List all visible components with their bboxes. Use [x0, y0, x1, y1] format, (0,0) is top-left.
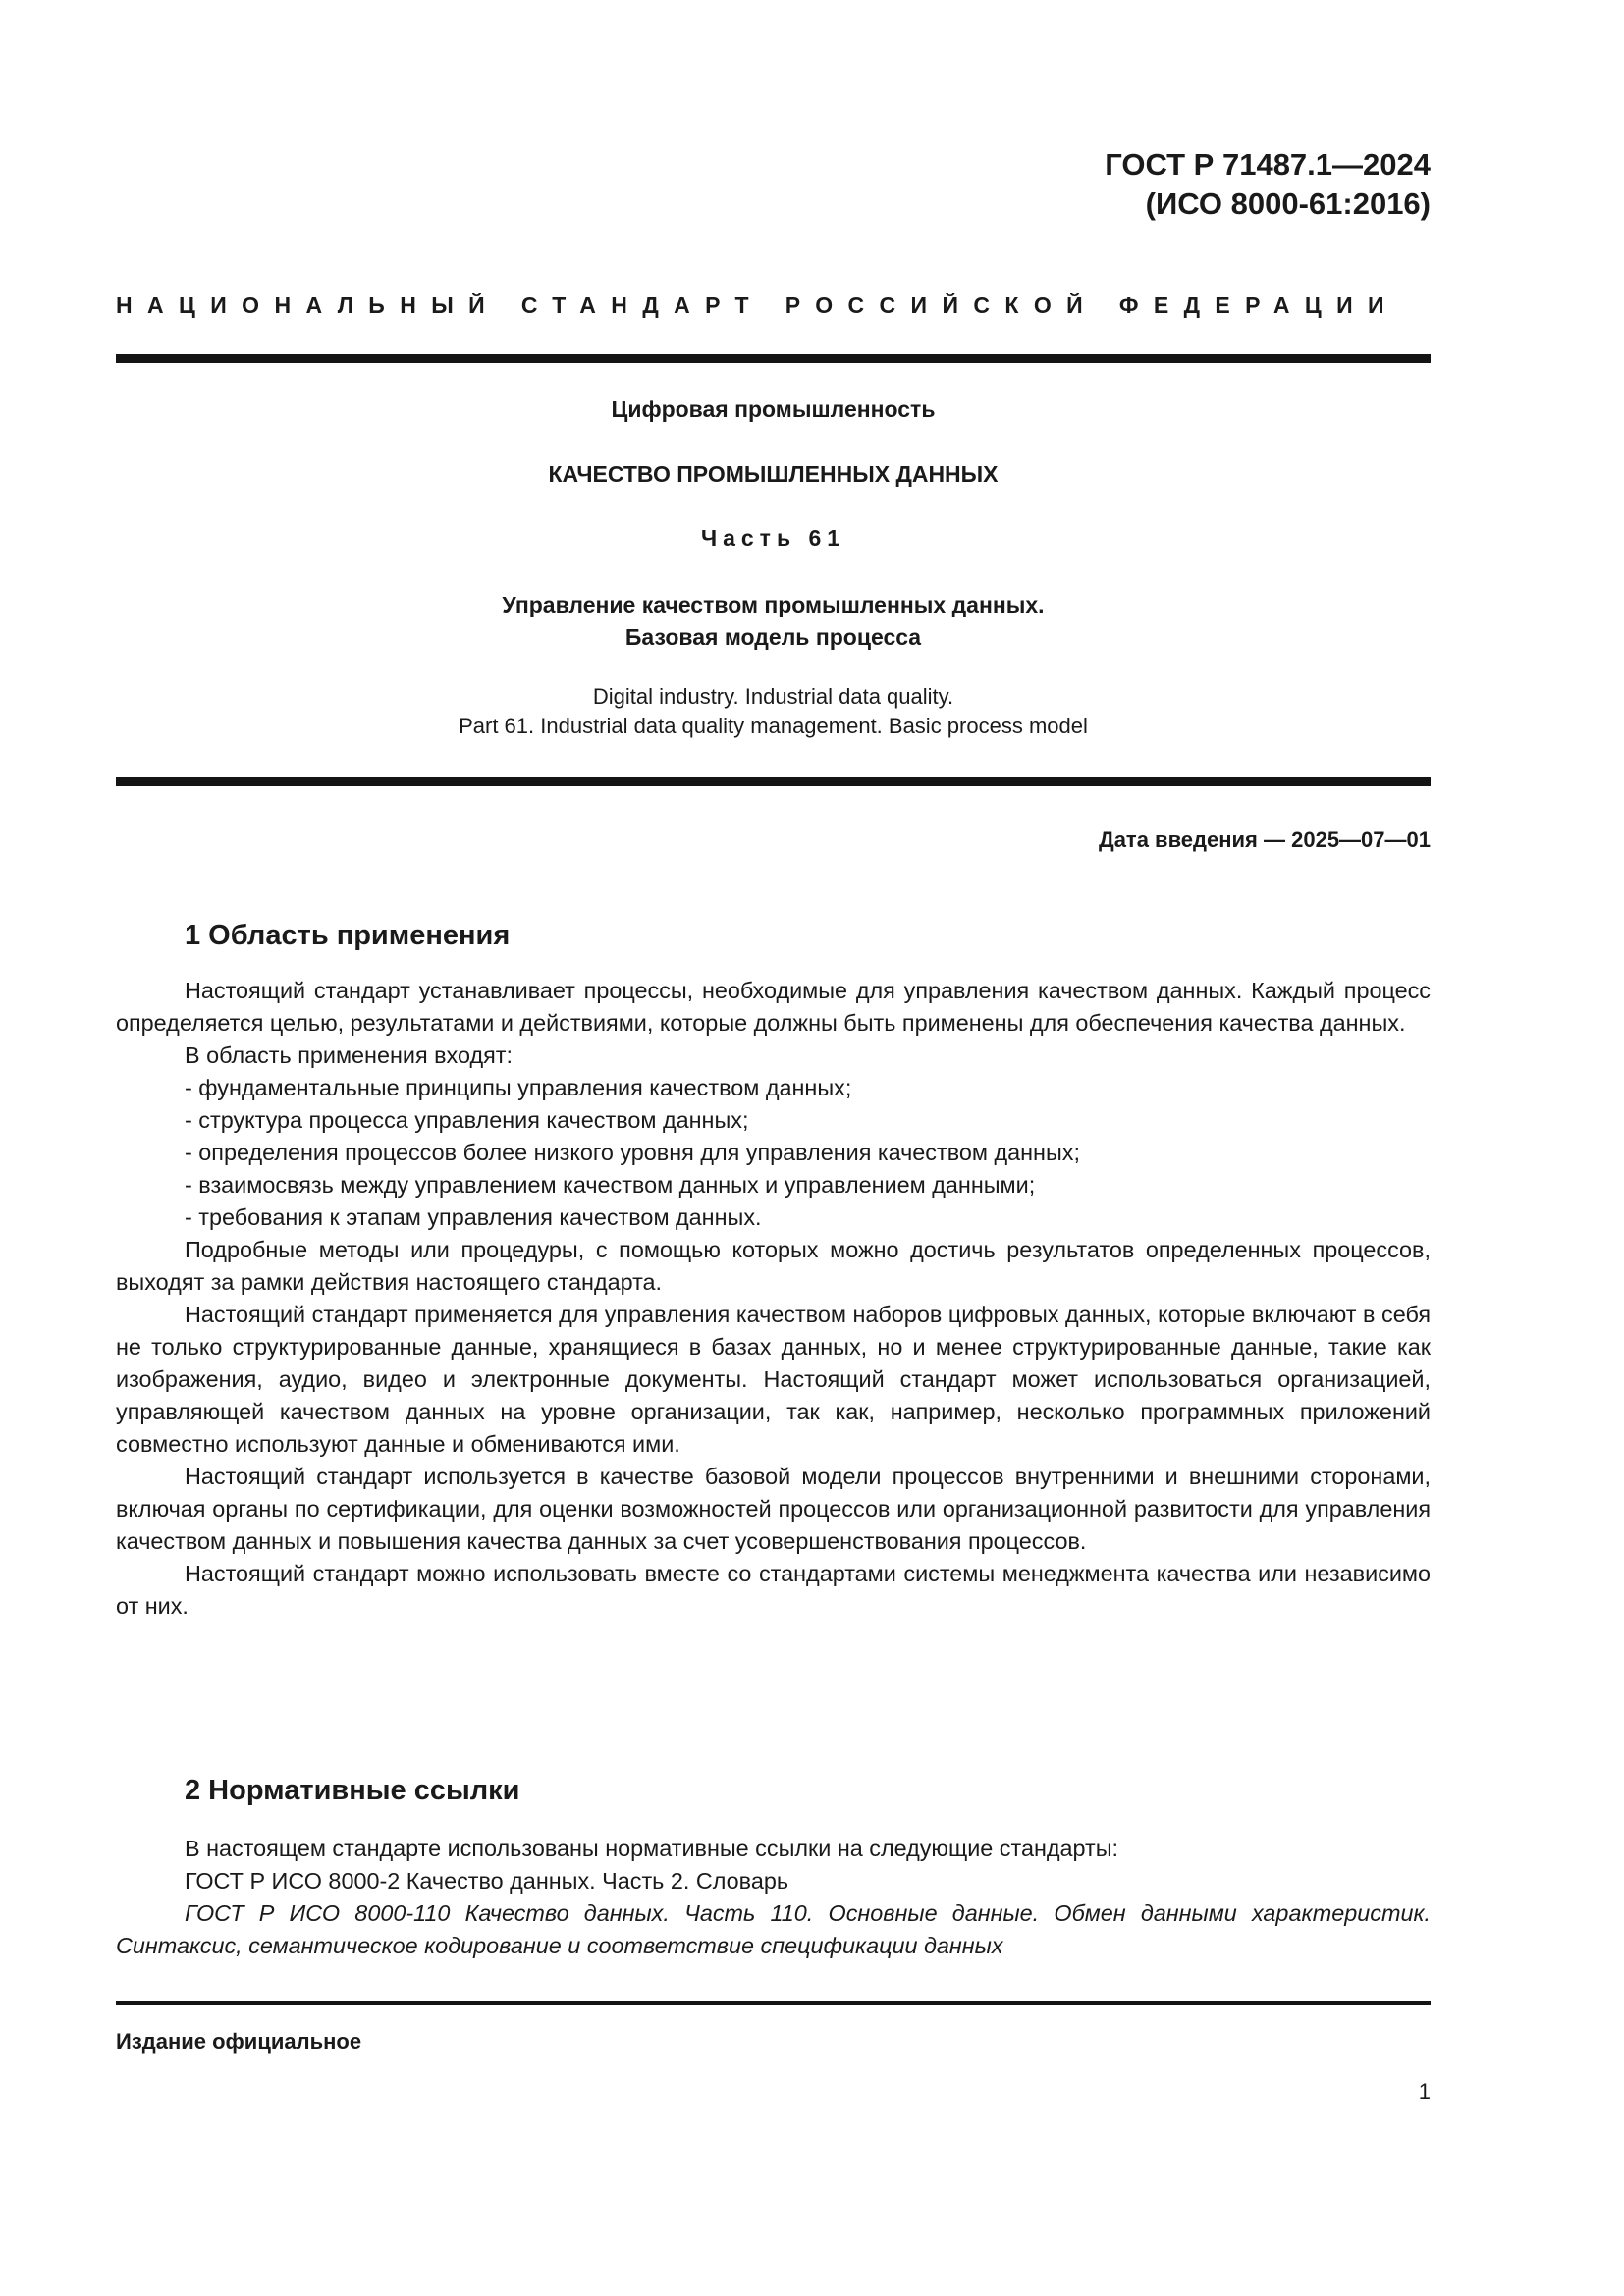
list-item: - определения процессов более низкого ур… — [116, 1137, 1431, 1169]
list-item: - структура процесса управления качество… — [116, 1104, 1431, 1137]
section-2-title: 2 Нормативные ссылки — [116, 1775, 1499, 1807]
subtitle-line-2: Базовая модель процесса — [116, 621, 1431, 654]
list-item: - фундаментальные принципы управления ка… — [116, 1072, 1431, 1104]
normative-reference: ГОСТ Р ИСО 8000-110 Качество данных. Час… — [116, 1897, 1431, 1962]
introduction-date: Дата введения — 2025—07—01 — [1099, 828, 1431, 853]
paragraph: Подробные методы или процедуры, с помощь… — [116, 1234, 1431, 1299]
subtitle-line-1: Управление качеством промышленных данных… — [116, 589, 1431, 621]
list-item: - взаимосвязь между управлением качество… — [116, 1169, 1431, 1201]
divider-top — [116, 354, 1431, 363]
section-2-body: В настоящем стандарте использованы норма… — [116, 1833, 1431, 1962]
title-part: Часть 61 — [116, 525, 1431, 552]
section-1-body: Настоящий стандарт устанавливает процесс… — [116, 975, 1431, 1623]
paragraph: Настоящий стандарт можно использовать вм… — [116, 1558, 1431, 1623]
national-standard-heading: НАЦИОНАЛЬНЫЙ СТАНДАРТ РОССИЙСКОЙ ФЕДЕРАЦ… — [116, 293, 1431, 319]
title-english: Digital industry. Industrial data qualit… — [116, 682, 1431, 741]
title-subtitle: Управление качеством промышленных данных… — [116, 589, 1431, 654]
standard-number: ГОСТ Р 71487.1—2024 — [1105, 145, 1431, 185]
iso-reference: (ИСО 8000-61:2016) — [1105, 185, 1431, 224]
paragraph: Настоящий стандарт устанавливает процесс… — [116, 975, 1431, 1040]
list-item: - требования к этапам управления качеств… — [116, 1201, 1431, 1234]
section-1-title: 1 Область применения — [116, 920, 1499, 952]
english-line-2: Part 61. Industrial data quality managem… — [116, 712, 1431, 741]
paragraph: Настоящий стандарт применяется для управ… — [116, 1299, 1431, 1461]
document-page: ГОСТ Р 71487.1—2024 (ИСО 8000-61:2016) Н… — [116, 0, 1431, 2296]
divider-footer — [116, 2001, 1431, 2005]
paragraph: В настоящем стандарте использованы норма… — [116, 1833, 1431, 1865]
divider-title — [116, 777, 1431, 786]
normative-reference: ГОСТ Р ИСО 8000-2 Качество данных. Часть… — [116, 1865, 1431, 1897]
paragraph: В область применения входят: — [116, 1040, 1431, 1072]
page-number: 1 — [1419, 2079, 1431, 2105]
title-quality: КАЧЕСТВО ПРОМЫШЛЕННЫХ ДАННЫХ — [116, 461, 1431, 488]
paragraph: Настоящий стандарт используется в качест… — [116, 1461, 1431, 1558]
title-industry: Цифровая промышленность — [116, 397, 1431, 423]
standard-designation: ГОСТ Р 71487.1—2024 (ИСО 8000-61:2016) — [1105, 145, 1431, 224]
official-edition: Издание официальное — [116, 2029, 361, 2055]
english-line-1: Digital industry. Industrial data qualit… — [116, 682, 1431, 712]
